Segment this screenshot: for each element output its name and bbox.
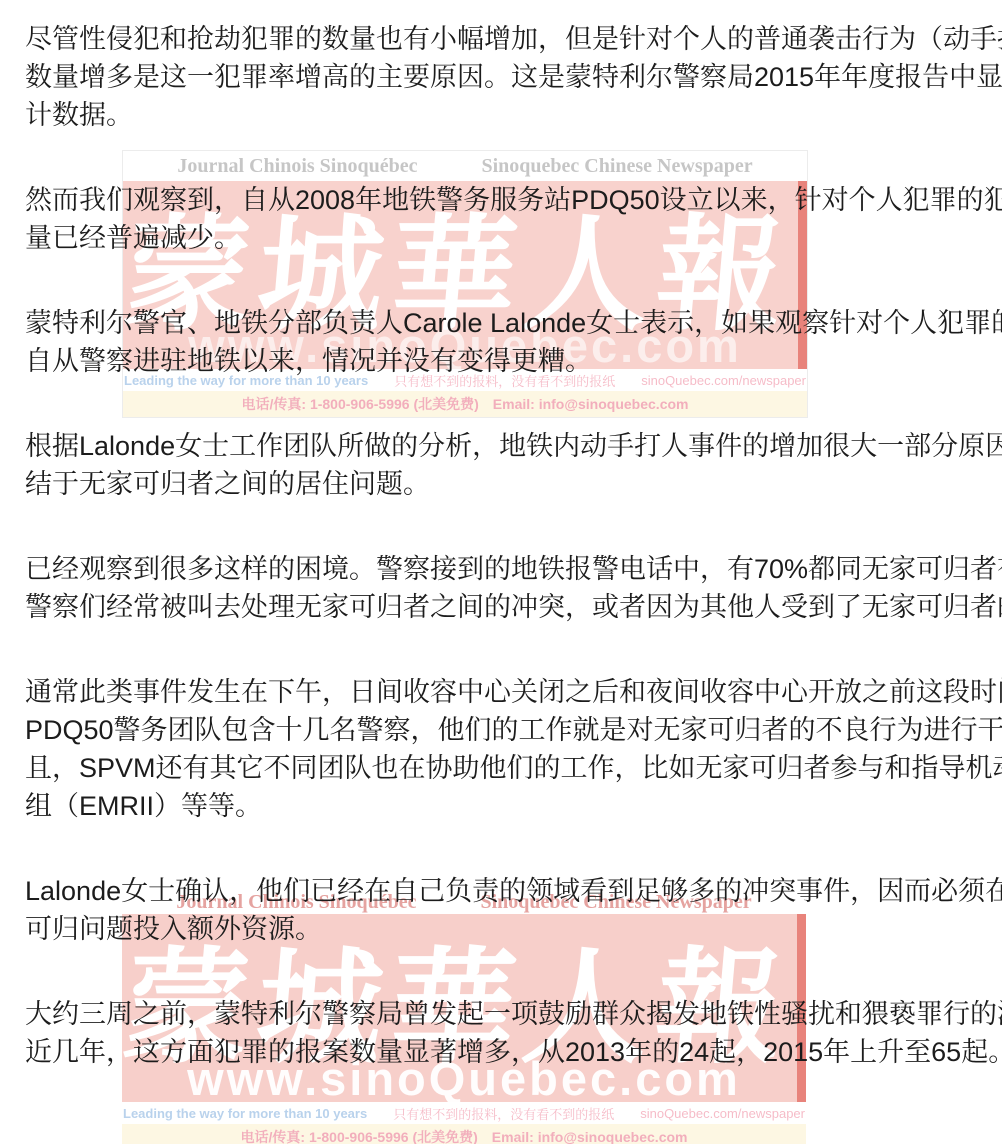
paragraph-analysis-homeless: 根据Lalonde女士工作团队所做的分析，地铁内动手打人事件的增加很大一部分原因… bbox=[25, 427, 992, 503]
article-body: 尽管性侵犯和抢劫犯罪的数量也有小幅增加，但是针对个人的普通袭击行为（动手打人） … bbox=[25, 20, 992, 1118]
paragraph-line: PDQ50警务团队包含十几名警察，他们的工作就是对无家可归者的不良行为进行干预。… bbox=[25, 711, 992, 749]
paragraph-line: 近几年，这方面犯罪的报案数量显著增多，从2013年的24起，2015年上升至65… bbox=[25, 1033, 992, 1071]
paragraph-line: 组（EMRII）等等。 bbox=[25, 787, 992, 825]
paragraph-afternoon-incidents: 通常此类事件发生在下午，日间收容中心关闭之后和夜间收容中心开放之前这段时间。 P… bbox=[25, 673, 992, 825]
paragraph-line: 自从警察进驻地铁以来，情况并没有变得更糟。 bbox=[25, 342, 992, 380]
paragraph-carole-lalonde-quote: 蒙特利尔警官、地铁分部负责人Carole Lalonde女士表示，如果观察针对个… bbox=[25, 304, 992, 380]
paragraph-line: 然而我们观察到，自从2008年地铁警务服务站PDQ50设立以来，针对个人犯罪的犯… bbox=[25, 181, 992, 219]
paragraph-line: 大约三周之前，蒙特利尔警察局曾发起一项鼓励群众揭发地铁性骚扰和猥亵罪行的活动。 bbox=[25, 995, 992, 1033]
paragraph-line: 可归问题投入额外资源。 bbox=[25, 910, 992, 948]
banner-contact-strip: 电话/传真: 1-800-906-5996 (北美免费) Email: info… bbox=[122, 1124, 806, 1144]
paragraph-crime-statistics: 尽管性侵犯和抢劫犯罪的数量也有小幅增加，但是针对个人的普通袭击行为（动手打人） … bbox=[25, 20, 992, 134]
banner-phone: 电话/传真: 1-800-906-5996 (北美免费) bbox=[241, 1127, 478, 1144]
paragraph-70-percent-calls: 已经观察到很多这样的困境。警察接到的地铁报警电话中，有70%都同无家可归者有关。… bbox=[25, 550, 992, 626]
paragraph-line: 警察们经常被叫去处理无家可归者之间的冲突，或者因为其他人受到了无家可归者的纠缠。 bbox=[25, 588, 992, 626]
paragraph-line: 通常此类事件发生在下午，日间收容中心关闭之后和夜间收容中心开放之前这段时间。 bbox=[25, 673, 992, 711]
paragraph-line: 量已经普遍减少。 bbox=[25, 219, 992, 257]
paragraph-lalonde-confirmation: Lalonde女士确认，他们已经在自己负责的领域看到足够多的冲突事件，因而必须在… bbox=[25, 872, 992, 948]
paragraph-line: 且，SPVM还有其它不同团队也在协助他们的工作，比如无家可归者参与和指导机动工作 bbox=[25, 749, 992, 787]
paragraph-line: 结于无家可归者之间的居住问题。 bbox=[25, 465, 992, 503]
paragraph-line: Lalonde女士确认，他们已经在自己负责的领域看到足够多的冲突事件，因而必须在… bbox=[25, 872, 992, 910]
paragraph-harassment-campaign: 大约三周之前，蒙特利尔警察局曾发起一项鼓励群众揭发地铁性骚扰和猥亵罪行的活动。 … bbox=[25, 995, 992, 1071]
paragraph-line: 数量增多是这一犯罪率增高的主要原因。这是蒙特利尔警察局2015年年度报告中显示的… bbox=[25, 58, 992, 96]
banner-email: Email: info@sinoquebec.com bbox=[492, 1129, 688, 1144]
paragraph-line: 蒙特利尔警官、地铁分部负责人Carole Lalonde女士表示，如果观察针对个… bbox=[25, 304, 992, 342]
paragraph-line: 根据Lalonde女士工作团队所做的分析，地铁内动手打人事件的增加很大一部分原因… bbox=[25, 427, 992, 465]
paragraph-line: 已经观察到很多这样的困境。警察接到的地铁报警电话中，有70%都同无家可归者有关。 bbox=[25, 550, 992, 588]
paragraph-line: 尽管性侵犯和抢劫犯罪的数量也有小幅增加，但是针对个人的普通袭击行为（动手打人） bbox=[25, 20, 992, 58]
article-page: Journal Chinois Sinoquébec Sinoquebec Ch… bbox=[0, 0, 1002, 1144]
paragraph-pdq50-observation: 然而我们观察到，自从2008年地铁警务服务站PDQ50设立以来，针对个人犯罪的犯… bbox=[25, 181, 992, 257]
paragraph-line: 计数据。 bbox=[25, 96, 992, 134]
